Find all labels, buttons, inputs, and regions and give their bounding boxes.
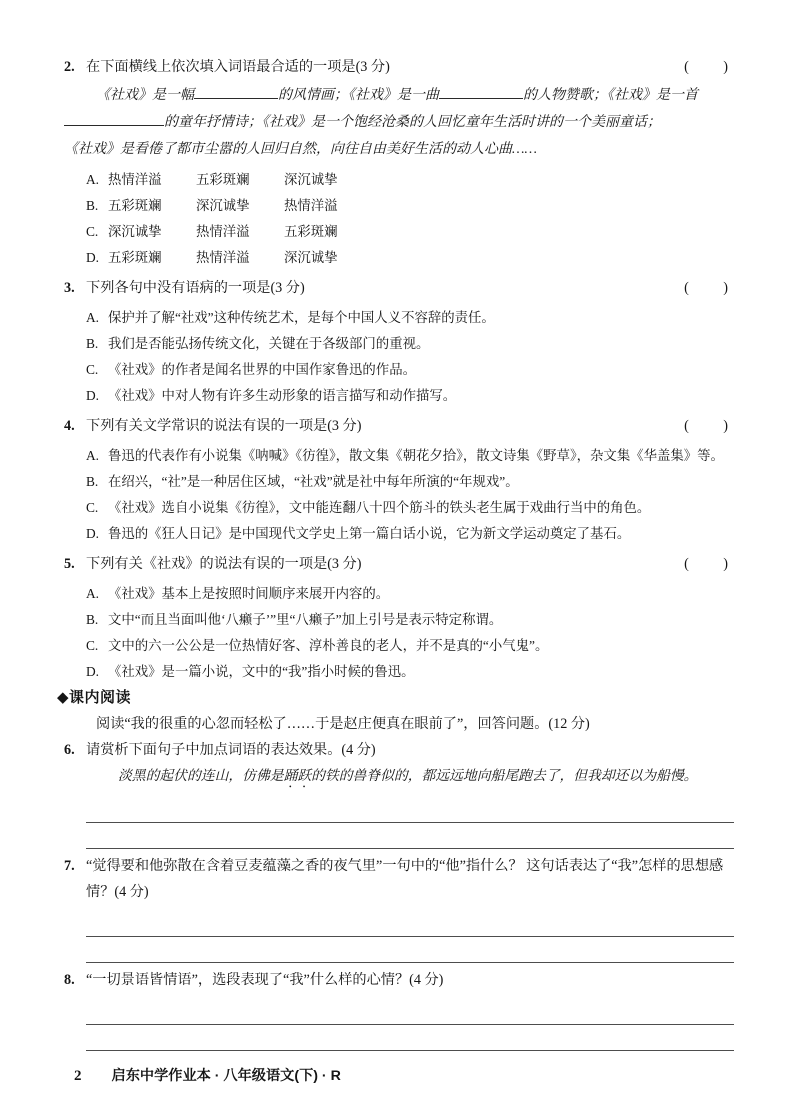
option-label: D. [86,521,108,547]
passage-line-3: 《社戏》是看倦了都市尘嚣的人回归自然，向往自由美好生活的动人心曲…… [64,136,746,163]
emphasized-words: 踊跃 [284,768,312,783]
question-5-options: A.《社戏》基本上是按照时间顺序来展开内容的。 B.文中“而且当面叫他‘八癞子’… [64,581,746,685]
option-label: D. [86,245,108,271]
answer-line [86,911,734,937]
question-5-stem-row: 5. 下列有关《社戏》的说法有误的一项是(3 分) ( ) [64,551,746,577]
sentence-text: 的铁的兽脊似的，都远远地向船尾跑去了，但我却还以为船慢。 [311,768,697,783]
fill-blank [64,111,164,126]
option-label: C. [86,633,108,659]
option-row-c: C.《社戏》选自小说集《彷徨》，文中能连翻八十四个筋斗的铁头老生属于戏曲行当中的… [64,495,746,521]
option-word: 深沉诚挚 [284,245,338,271]
option-label: A. [86,167,108,193]
answer-area [64,797,746,849]
option-row-d: D.鲁迅的《狂人日记》是中国现代文学史上第一篇白话小说，它为新文学运动奠定了基石… [64,521,746,547]
answer-area [64,911,746,963]
worksheet-page: 2. 在下面横线上依次填入词语最合适的一项是(3 分) ( ) 《社戏》是一幅的… [0,0,790,1108]
question-number: 8. [64,967,75,993]
question-stem: 下列有关文学常识的说法有误的一项是(3 分) [86,418,361,434]
section-heading: ◆课内阅读 [57,685,746,711]
option-text: 《社戏》中对人物有许多生动形象的语言描写和动作描写。 [108,388,456,403]
option-label: A. [86,581,108,607]
option-word: 热情洋溢 [284,193,338,219]
option-text: 保护并了解“社戏”这种传统艺术，是每个中国人义不容辞的责任。 [108,310,495,325]
option-word: 热情洋溢 [196,245,284,271]
option-text: 我们是否能弘扬传统文化，关键在于各级部门的重视。 [108,336,429,351]
passage-text: 《社戏》是看倦了都市尘嚣的人回归自然，向往自由美好生活的动人心曲…… [64,142,537,157]
passage-text: 《社戏》是一幅 [96,88,194,103]
fill-blank [439,84,523,99]
option-word: 五彩斑斓 [108,245,196,271]
option-label: C. [86,357,108,383]
option-label: C. [86,219,108,245]
answer-area [64,999,746,1051]
answer-line [86,823,734,849]
option-text: 《社戏》是一篇小说，文中的“我”指小时候的鲁迅。 [108,664,414,679]
option-row-c: C.《社戏》的作者是闻名世界的中国作家鲁迅的作品。 [64,357,746,383]
option-row-c: C.文中的六一公公是一位热情好客、淳朴善良的老人，并不是真的“小气鬼”。 [64,633,746,659]
question-6-stem-row: 6. 请赏析下面句子中加点词语的表达效果。(4 分) [64,737,746,763]
sentence-text: 淡黑的起伏的连山，仿佛是 [118,768,284,783]
option-row-d: D.《社戏》是一篇小说，文中的“我”指小时候的鲁迅。 [64,659,746,685]
option-text: 鲁迅的《狂人日记》是中国现代文学史上第一篇白话小说，它为新文学运动奠定了基石。 [108,526,630,541]
option-row-c: C.深沉诚挚热情洋溢五彩斑斓 [64,219,746,245]
answer-bracket: ( ) [684,551,730,577]
option-row-a: A.热情洋溢五彩斑斓深沉诚挚 [64,167,746,193]
answer-line [86,999,734,1025]
answer-line [86,937,734,963]
option-word: 五彩斑斓 [196,167,284,193]
question-7-stem-row: 7. “觉得要和他弥散在含着豆麦蕴藻之香的夜气里”一句中的“他”指什么？ 这句话… [64,853,746,905]
option-row-a: A.鲁迅的代表作有小说集《呐喊》《彷徨》，散文集《朝花夕拾》，散文诗集《野草》，… [64,443,746,469]
question-3: 3. 下列各句中没有语病的一项是(3 分) ( ) A.保护并了解“社戏”这种传… [64,275,746,409]
option-row-a: A.保护并了解“社戏”这种传统艺术，是每个中国人义不容辞的责任。 [64,305,746,331]
option-word: 五彩斑斓 [108,193,196,219]
question-5: 5. 下列有关《社戏》的说法有误的一项是(3 分) ( ) A.《社戏》基本上是… [64,551,746,685]
reading-instruction: 阅读“我的很重的心忽而轻松了……于是赵庄便真在眼前了”，回答问题。(12 分) [64,711,746,737]
question-stem: 下列有关《社戏》的说法有误的一项是(3 分) [86,556,361,572]
passage-line-2: 的童年抒情诗；《社戏》是一个饱经沧桑的人回忆童年生活时讲的一个美丽童话； [64,109,746,136]
option-word: 深沉诚挚 [196,193,284,219]
question-7: 7. “觉得要和他弥散在含着豆麦蕴藻之香的夜气里”一句中的“他”指什么？ 这句话… [64,853,746,963]
answer-line [86,1025,734,1051]
answer-bracket: ( ) [684,54,730,80]
option-label: D. [86,659,108,685]
option-label: A. [86,443,108,469]
question-number: 2. [64,54,75,80]
passage-text: 的童年抒情诗；《社戏》是一个饱经沧桑的人回忆童年生活时讲的一个美丽童话； [164,115,661,130]
question-3-stem-row: 3. 下列各句中没有语病的一项是(3 分) ( ) [64,275,746,301]
option-word: 热情洋溢 [196,219,284,245]
option-label: B. [86,607,108,633]
passage-text: 的风情画；《社戏》是一曲 [278,88,439,103]
question-2-stem-row: 2. 在下面横线上依次填入词语最合适的一项是(3 分) ( ) [64,54,746,80]
question-stem: 在下面横线上依次填入词语最合适的一项是(3 分) [86,59,390,75]
passage-text: 的人物赞歌；《社戏》是一首 [523,88,698,103]
option-text: 《社戏》基本上是按照时间顺序来展开内容的。 [108,586,389,601]
question-number: 7. [64,853,75,879]
option-word: 五彩斑斓 [284,219,338,245]
question-stem: “一切景语皆情语”，选段表现了“我”什么样的心情？(4 分) [86,972,443,988]
question-2-options: A.热情洋溢五彩斑斓深沉诚挚 B.五彩斑斓深沉诚挚热情洋溢 C.深沉诚挚热情洋溢… [64,167,746,271]
option-label: C. [86,495,108,521]
option-text: 文中“而且当面叫他‘八癞子’”里“八癞子”加上引号是表示特定称谓。 [108,612,502,627]
question-4-stem-row: 4. 下列有关文学常识的说法有误的一项是(3 分) ( ) [64,413,746,439]
option-row-b: B.文中“而且当面叫他‘八癞子’”里“八癞子”加上引号是表示特定称谓。 [64,607,746,633]
option-label: B. [86,469,108,495]
quoted-sentence: 淡黑的起伏的连山，仿佛是踊跃的铁的兽脊似的，都远远地向船尾跑去了，但我却还以为船… [64,763,746,791]
question-4: 4. 下列有关文学常识的说法有误的一项是(3 分) ( ) A.鲁迅的代表作有小… [64,413,746,547]
question-stem: “觉得要和他弥散在含着豆麦蕴藻之香的夜气里”一句中的“他”指什么？ 这句话表达了… [86,858,723,900]
question-8: 8. “一切景语皆情语”，选段表现了“我”什么样的心情？(4 分) [64,967,746,1051]
diamond-icon: ◆ [57,689,69,706]
option-row-a: A.《社戏》基本上是按照时间顺序来展开内容的。 [64,581,746,607]
page-footer: 2 启东中学作业本 · 八年级语文(下) · R [64,1063,746,1089]
option-row-d: D.《社戏》中对人物有许多生动形象的语言描写和动作描写。 [64,383,746,409]
option-text: 鲁迅的代表作有小说集《呐喊》《彷徨》，散文集《朝花夕拾》，散文诗集《野草》，杂文… [108,448,724,463]
question-number: 5. [64,551,75,577]
page-number: 2 [74,1068,82,1084]
option-word: 深沉诚挚 [108,219,196,245]
answer-line [86,797,734,823]
option-row-b: B.我们是否能弘扬传统文化，关键在于各级部门的重视。 [64,331,746,357]
answer-bracket: ( ) [684,413,730,439]
question-number: 6. [64,737,75,763]
option-label: B. [86,193,108,219]
fill-blank [194,84,278,99]
fill-in-passage: 《社戏》是一幅的风情画；《社戏》是一曲的人物赞歌；《社戏》是一首 的童年抒情诗；… [64,82,746,163]
option-text: 在绍兴，“社”是一种居住区域，“社戏”就是社中每年所演的“年规戏”。 [108,474,519,489]
question-stem: 请赏析下面句子中加点词语的表达效果。(4 分) [86,742,376,758]
question-number: 3. [64,275,75,301]
question-8-stem-row: 8. “一切景语皆情语”，选段表现了“我”什么样的心情？(4 分) [64,967,746,993]
option-row-d: D.五彩斑斓热情洋溢深沉诚挚 [64,245,746,271]
passage-line-1: 《社戏》是一幅的风情画；《社戏》是一曲的人物赞歌；《社戏》是一首 [64,82,746,109]
book-title: 启东中学作业本 · 八年级语文(下) · R [112,1068,341,1084]
question-4-options: A.鲁迅的代表作有小说集《呐喊》《彷徨》，散文集《朝花夕拾》，散文诗集《野草》，… [64,443,746,547]
question-stem: 下列各句中没有语病的一项是(3 分) [86,280,305,296]
question-number: 4. [64,413,75,439]
question-6: 6. 请赏析下面句子中加点词语的表达效果。(4 分) 淡黑的起伏的连山，仿佛是踊… [64,737,746,849]
option-text: 《社戏》的作者是闻名世界的中国作家鲁迅的作品。 [108,362,416,377]
question-2: 2. 在下面横线上依次填入词语最合适的一项是(3 分) ( ) 《社戏》是一幅的… [64,54,746,271]
option-text: 《社戏》选自小说集《彷徨》，文中能连翻八十四个筋斗的铁头老生属于戏曲行当中的角色… [108,500,650,515]
answer-bracket: ( ) [684,275,730,301]
question-3-options: A.保护并了解“社戏”这种传统艺术，是每个中国人义不容辞的责任。 B.我们是否能… [64,305,746,409]
option-row-b: B.五彩斑斓深沉诚挚热情洋溢 [64,193,746,219]
option-text: 文中的六一公公是一位热情好客、淳朴善良的老人，并不是真的“小气鬼”。 [108,638,548,653]
option-word: 热情洋溢 [108,167,196,193]
option-label: B. [86,331,108,357]
option-label: A. [86,305,108,331]
option-word: 深沉诚挚 [284,167,338,193]
option-label: D. [86,383,108,409]
section-title: 课内阅读 [69,689,131,706]
option-row-b: B.在绍兴，“社”是一种居住区域，“社戏”就是社中每年所演的“年规戏”。 [64,469,746,495]
